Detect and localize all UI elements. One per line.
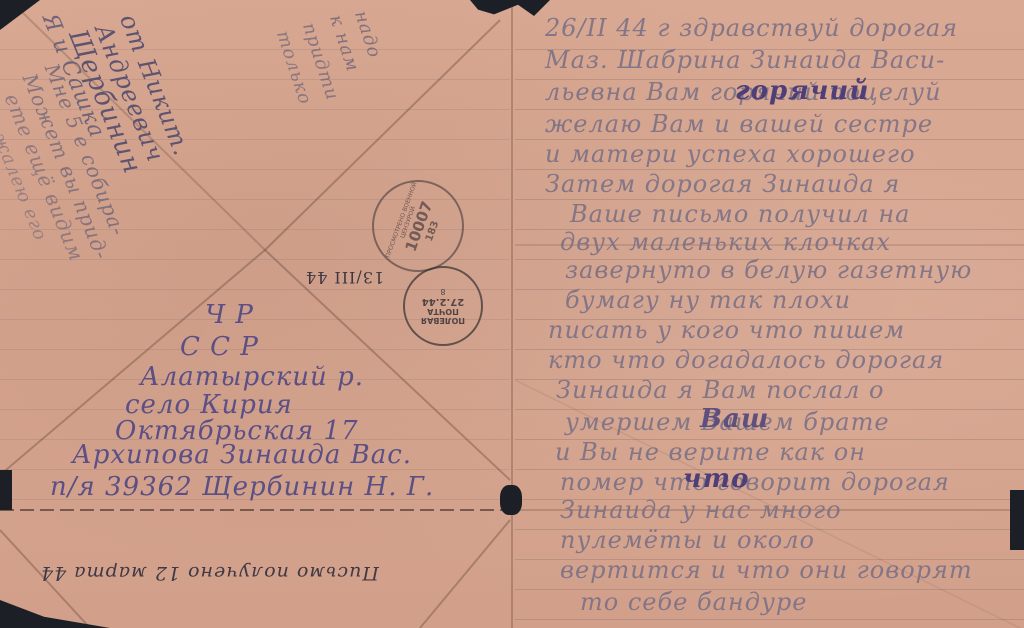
letter-line: пулемёты и около: [560, 526, 815, 554]
torn-edge-right: [1010, 490, 1024, 550]
letter-line: писать у кого что пишем: [548, 316, 905, 344]
torn-hole-left: [0, 470, 12, 510]
letter-line: Зинаида у нас много: [560, 496, 842, 524]
letter-line: Зинаида я Вам послал о: [556, 376, 884, 404]
letter-line: желаю Вам и вашей сестре: [545, 110, 933, 138]
letter-line: и Вы не верите как он: [555, 438, 866, 466]
letter-line: Ваше письмо получил на: [570, 200, 910, 228]
address-line: Алатырский р.: [140, 362, 364, 392]
letter-line: и матери успеха хорошего: [545, 140, 916, 168]
emphasized-word: что: [683, 464, 749, 494]
letter-sheet: 26/II 44 г здравствуй дорогая Маз. Шабри…: [0, 0, 1024, 628]
address-line: Ч Р: [205, 300, 254, 330]
received-date-mark: 13/III 44: [305, 268, 384, 287]
letter-line: то себе бандуре: [580, 588, 807, 616]
letter-line: двух маленьких клочках: [560, 228, 891, 256]
letter-line: завернуто в белую газетную: [565, 256, 972, 284]
stamp-code: 8: [405, 287, 481, 296]
address-line: п/я 39362 Щербинин Н. Г.: [50, 472, 434, 502]
torn-hole-center: [500, 485, 522, 515]
letter-line: Затем дорогая Зинаида я: [545, 170, 900, 198]
field-post-stamp: ПОЛЕВАЯ ПОЧТА 27.2.44 8: [403, 266, 483, 346]
letter-line: бумагу ну так плохи: [565, 286, 851, 314]
letter-line: Маз. Шабрина Зинаида Васи-: [545, 46, 945, 74]
letter-line: 26/II 44 г здравствуй дорогая: [545, 14, 958, 42]
emphasized-word: горячий: [735, 76, 869, 106]
address-line: Архипова Зинаида Вас.: [72, 440, 412, 470]
letter-line: помер что говорит дорогая: [560, 468, 950, 496]
address-line: С С Р: [180, 332, 259, 362]
emphasized-word: Ваш: [700, 404, 769, 434]
letter-line: кто что догадалось дорогая: [548, 346, 944, 374]
stamp-text: ПОЛЕВАЯ ПОЧТА: [405, 307, 481, 325]
bottom-flap-note: Письмо получено 12 марта 44: [40, 562, 379, 584]
letter-line: вертится и что они говорят: [560, 556, 973, 584]
stamp-date: 27.2.44: [405, 296, 481, 307]
